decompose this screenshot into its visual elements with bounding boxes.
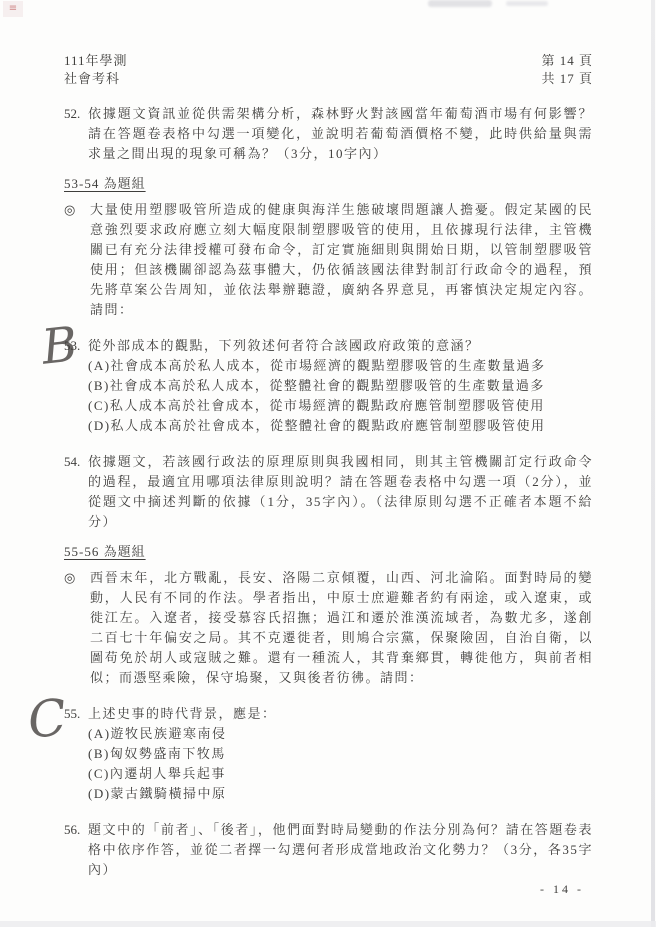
double-circle-marker: ◎ [64,200,75,220]
question-55-option-c: (C)內遷胡人舉兵起事 [88,764,593,784]
question-53-option-c: (C)私人成本高於社會成本，從市場經濟的觀點政府應管制塑膠吸管使用 [88,396,593,416]
group-intro-55-56: ◎ 西晉末年，北方戰亂，長安、洛陽二京傾覆，山西、河北淪陷。面對時局的變動，人民… [64,568,593,688]
scan-artifact [428,0,492,7]
exam-title: 111年學測 [64,52,128,70]
question-56: 56. 題文中的「前者」、「後者」，他們面對時局變動的作法分別為何？請在答題卷表… [64,820,593,880]
question-55-option-d: (D)蒙古鐵騎橫掃中原 [88,784,593,804]
question-53-option-d: (D)私人成本高於社會成本，從整體社會的觀點政府應管制塑膠吸管使用 [88,416,593,436]
question-53-stem: 從外部成本的觀點，下列敘述何者符合該國政府政策的意涵？ [88,336,593,356]
group-heading-53-54: 53-54 為題組 [64,174,593,194]
question-55-option-a: (A)遊牧民族避寒南侵 [88,724,593,744]
question-55-number: 55. [64,704,80,724]
total-pages-label: 共 17 頁 [541,70,593,88]
double-circle-marker: ◎ [64,568,75,588]
group-heading-55-56-label: 55-56 為題組 [64,544,146,559]
question-54-number: 54. [64,452,80,472]
page-footer-number: - 14 - [540,882,584,897]
handwritten-answer-55: C [25,692,68,746]
group-heading-55-56: 55-56 為題組 [64,542,593,562]
question-53: B 53. 從外部成本的觀點，下列敘述何者符合該國政府政策的意涵？ (A)社會成… [64,336,593,436]
question-52: 52. 依據題文資訊並從供需架構分析，森林野火對該國當年葡萄酒市場有何影響？請在… [64,104,593,164]
group-intro-55-56-text: 西晉末年，北方戰亂，長安、洛陽二京傾覆，山西、河北淪陷。面對時局的變動，人民有不… [90,568,593,688]
question-53-number: 53. [64,336,80,356]
header-left: 111年學測 社會考科 [64,52,128,88]
subject-name: 社會考科 [64,70,128,88]
question-52-number: 52. [64,104,80,124]
question-55-stem: 上述史事的時代背景，應是： [88,704,593,724]
question-56-number: 56. [64,820,80,840]
group-intro-53-54-text: 大量使用塑膠吸管所造成的健康與海洋生態破壞問題讓人擔憂。假定某國的民意強烈要求政… [90,200,593,320]
group-heading-53-54-label: 53-54 為題組 [64,176,146,191]
question-54: 54. 依據題文，若該國行政法的原理原則與我國相同，則其主管機關訂定行政命令的過… [64,452,593,532]
question-55: C 55. 上述史事的時代背景，應是： (A)遊牧民族避寒南侵 (B)匈奴勢盛南… [64,704,593,804]
scan-artifact [506,1,548,6]
group-intro-53-54: ◎ 大量使用塑膠吸管所造成的健康與海洋生態破壞問題讓人擔憂。假定某國的民意強烈要… [64,200,593,320]
scanned-exam-page: ≡ 111年學測 社會考科 第 14 頁 共 17 頁 52. 依據題文資訊並從… [0,0,656,927]
question-53-option-a: (A)社會成本高於私人成本，從市場經濟的觀點塑膠吸管的生產數量過多 [88,356,593,376]
page-content: 111年學測 社會考科 第 14 頁 共 17 頁 52. 依據題文資訊並從供需… [64,52,593,880]
page-number-label: 第 14 頁 [541,52,593,70]
question-52-text: 依據題文資訊並從供需架構分析，森林野火對該國當年葡萄酒市場有何影響？請在答題卷表… [88,104,593,164]
question-55-option-b: (B)匈奴勢盛南下牧馬 [88,744,593,764]
question-53-option-b: (B)社會成本高於私人成本，從整體社會的觀點塑膠吸管的生產數量過多 [88,376,593,396]
header-right: 第 14 頁 共 17 頁 [541,52,593,88]
page-header: 111年學測 社會考科 第 14 頁 共 17 頁 [64,52,593,88]
question-56-text: 題文中的「前者」、「後者」，他們面對時局變動的作法分別為何？請在答題卷表格中依序… [88,820,593,880]
corner-stamp-icon: ≡ [3,1,23,17]
scan-edge-shadow [651,0,655,927]
question-54-text: 依據題文，若該國行政法的原理原則與我國相同，則其主管機關訂定行政命令的過程，最適… [88,452,593,532]
scan-edge-shadow [0,921,656,927]
